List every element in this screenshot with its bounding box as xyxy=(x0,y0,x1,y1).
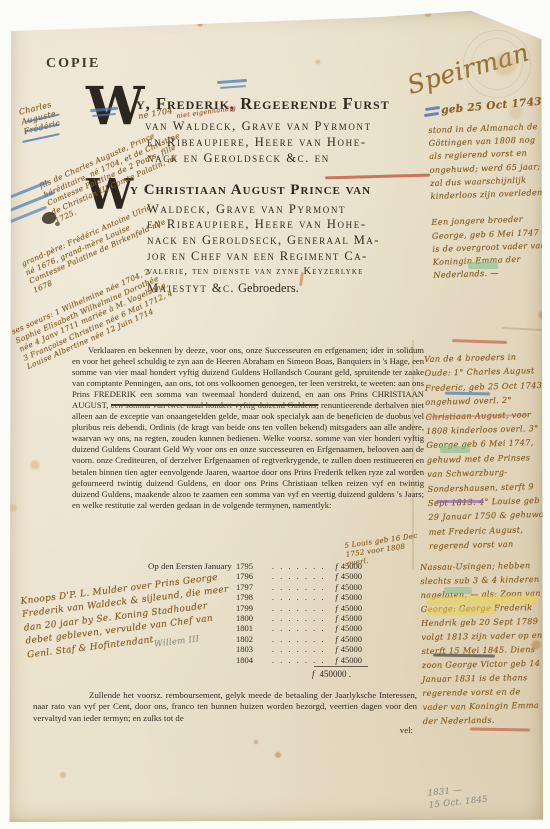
schedule-row: 1802. . . . . . .f45000 xyxy=(236,634,362,644)
heading2-line1: y Christiaan August Prince van xyxy=(130,182,371,199)
florin-sign: f xyxy=(335,582,337,592)
schedule-amount: 45000 xyxy=(341,571,362,581)
heading1-line1: y, Frederik, Regeerende Furst xyxy=(136,94,390,114)
florin-sign: f xyxy=(335,655,337,665)
red-underline-mark xyxy=(470,727,530,731)
body-paragraph: Verklaaren en bekennen by deeze, voor on… xyxy=(72,345,424,511)
florin-sign: f xyxy=(312,669,315,679)
schedule-year: 1803 xyxy=(236,644,262,654)
birthdate-annotation: geb 25 Oct 1743 xyxy=(441,96,543,117)
green-highlight xyxy=(440,446,470,453)
louis-note: 5 Louis geb 16 Dec 1752 voor 1808 overl. xyxy=(344,531,427,569)
dot-leader: . . . . . . . xyxy=(262,603,335,613)
red-stroke-mark xyxy=(325,174,430,179)
right-margin-note-c: Nassau-Usingen; hebben slechts sub 3 & 4… xyxy=(420,558,548,728)
blue-equals-mark xyxy=(425,106,440,111)
dot-leader: . . . . . . . xyxy=(262,613,335,623)
fold-line xyxy=(502,327,544,331)
blue-stroke-mark xyxy=(217,79,247,84)
heading2-line7-gebroeders: Gebroeders. xyxy=(235,281,299,295)
schedule-amount: 45000 xyxy=(341,655,362,665)
schedule-amount: 45000 xyxy=(341,613,362,623)
schedule-year: 1804 xyxy=(236,655,262,665)
florin-sign: f xyxy=(335,561,337,571)
schedule-amount: 45000 xyxy=(341,592,362,602)
body-part2: renuntieerende derhalven niet alleen aan… xyxy=(72,400,424,509)
schedule-amount: 45000 xyxy=(341,582,362,592)
florin-sign: f xyxy=(335,623,337,633)
heading2-line3: en Ribeaupiere, Heere van Hohe- xyxy=(147,217,367,232)
schedule-amount: 45000 xyxy=(341,634,362,644)
green-highlight xyxy=(444,587,472,594)
payment-schedule: 1795. . . . . . .f45000 1796. . . . . . … xyxy=(236,561,362,665)
schedule-row: 1799. . . . . . .f45000 xyxy=(236,603,362,613)
catchword: vel: xyxy=(33,725,413,735)
dot-leader: . . . . . . . xyxy=(262,644,335,654)
florin-sign: f xyxy=(335,613,337,623)
schedule-amount: 45000 xyxy=(341,623,362,633)
dot-leader: . . . . . . . xyxy=(262,571,335,581)
pencil-note-bottom: 1831 — 15 Oct. 1845 xyxy=(427,776,539,811)
yellow-highlight xyxy=(426,606,496,615)
ink-blot xyxy=(42,212,56,224)
dot-leader: . . . . . . . xyxy=(262,582,335,592)
florin-sign: f xyxy=(335,634,337,644)
fold-line xyxy=(412,340,414,570)
schedule-year: 1798 xyxy=(236,592,262,602)
schedule-year: 1799 xyxy=(236,603,262,613)
dot-leader: . . . . . . . xyxy=(262,623,335,633)
total-rule xyxy=(314,666,368,667)
schedule-year: 1800 xyxy=(236,613,262,623)
blue-equals-mark xyxy=(424,112,439,117)
schedule-row: 1804. . . . . . .f45000 xyxy=(236,655,362,665)
heading2-line6: valerie, ten dienste van zyne Keyzerlyke xyxy=(147,266,364,277)
mulder-note: Knoops D'P. L. Mulder over Prins George … xyxy=(20,570,241,663)
schedule-row: 1796. . . . . . .f45000 xyxy=(236,571,362,581)
schedule-row: 1800. . . . . . .f45000 xyxy=(236,613,362,623)
schedule-intro: Op den Eersten January xyxy=(148,561,232,571)
heading2-line2: Waldeck, Grave van Pyrmont xyxy=(147,202,346,217)
florin-sign: f xyxy=(335,592,337,602)
schedule-amount: 45000 xyxy=(341,603,362,613)
scanned-document: COPIE W y, Frederik, Regeerende Furst va… xyxy=(0,0,550,829)
florin-sign: f xyxy=(335,644,337,654)
schedule-year: 1797 xyxy=(236,582,262,592)
heading2-line4: nack en Geroldseck, Generaal Ma- xyxy=(147,233,380,248)
schedule-row: 1801. . . . . . .f45000 xyxy=(236,623,362,633)
orange-dash-mark xyxy=(299,272,304,286)
heading2-line5: jor en Chef van een Regiment Ca- xyxy=(147,249,368,264)
red-underline-mark xyxy=(452,339,507,344)
paper: COPIE W y, Frederik, Regeerende Furst va… xyxy=(8,10,543,822)
purple-underline-mark xyxy=(436,500,484,503)
dot-leader: . . . . . . . xyxy=(262,561,335,571)
schedule-row: 1795. . . . . . .f45000 xyxy=(236,561,362,571)
dot-leader: . . . . . . . xyxy=(262,655,335,665)
schedule-row: 1797. . . . . . .f45000 xyxy=(236,582,362,592)
green-highlight xyxy=(468,262,498,269)
struck-text: een somma van twee maal hondert vyftig d… xyxy=(111,400,319,410)
copy-label: COPIE xyxy=(46,56,100,72)
dot-leader: . . . . . . . xyxy=(262,592,335,602)
schedule-row: 1798. . . . . . .f45000 xyxy=(236,592,362,602)
total-amount: 450000 . xyxy=(320,669,352,679)
schedule-amount: 45000 xyxy=(341,644,362,654)
right-margin-note-a: stond in de Almanach de Göttingen van 18… xyxy=(428,120,549,282)
florin-sign: f xyxy=(335,571,337,581)
blue-stroke-mark xyxy=(220,85,246,89)
schedule-row: 1803. . . . . . .f45000 xyxy=(236,644,362,654)
schedule-total: f 450000 . xyxy=(312,669,351,679)
schedule-year: 1796 xyxy=(236,571,262,581)
florin-sign: f xyxy=(335,603,337,613)
closing-paragraph: Zullende het voorsz. remboursement, gely… xyxy=(33,690,417,724)
dot-leader: . . . . . . . xyxy=(262,634,335,644)
schedule-year: 1795 xyxy=(236,561,262,571)
ink-blot xyxy=(55,222,60,226)
